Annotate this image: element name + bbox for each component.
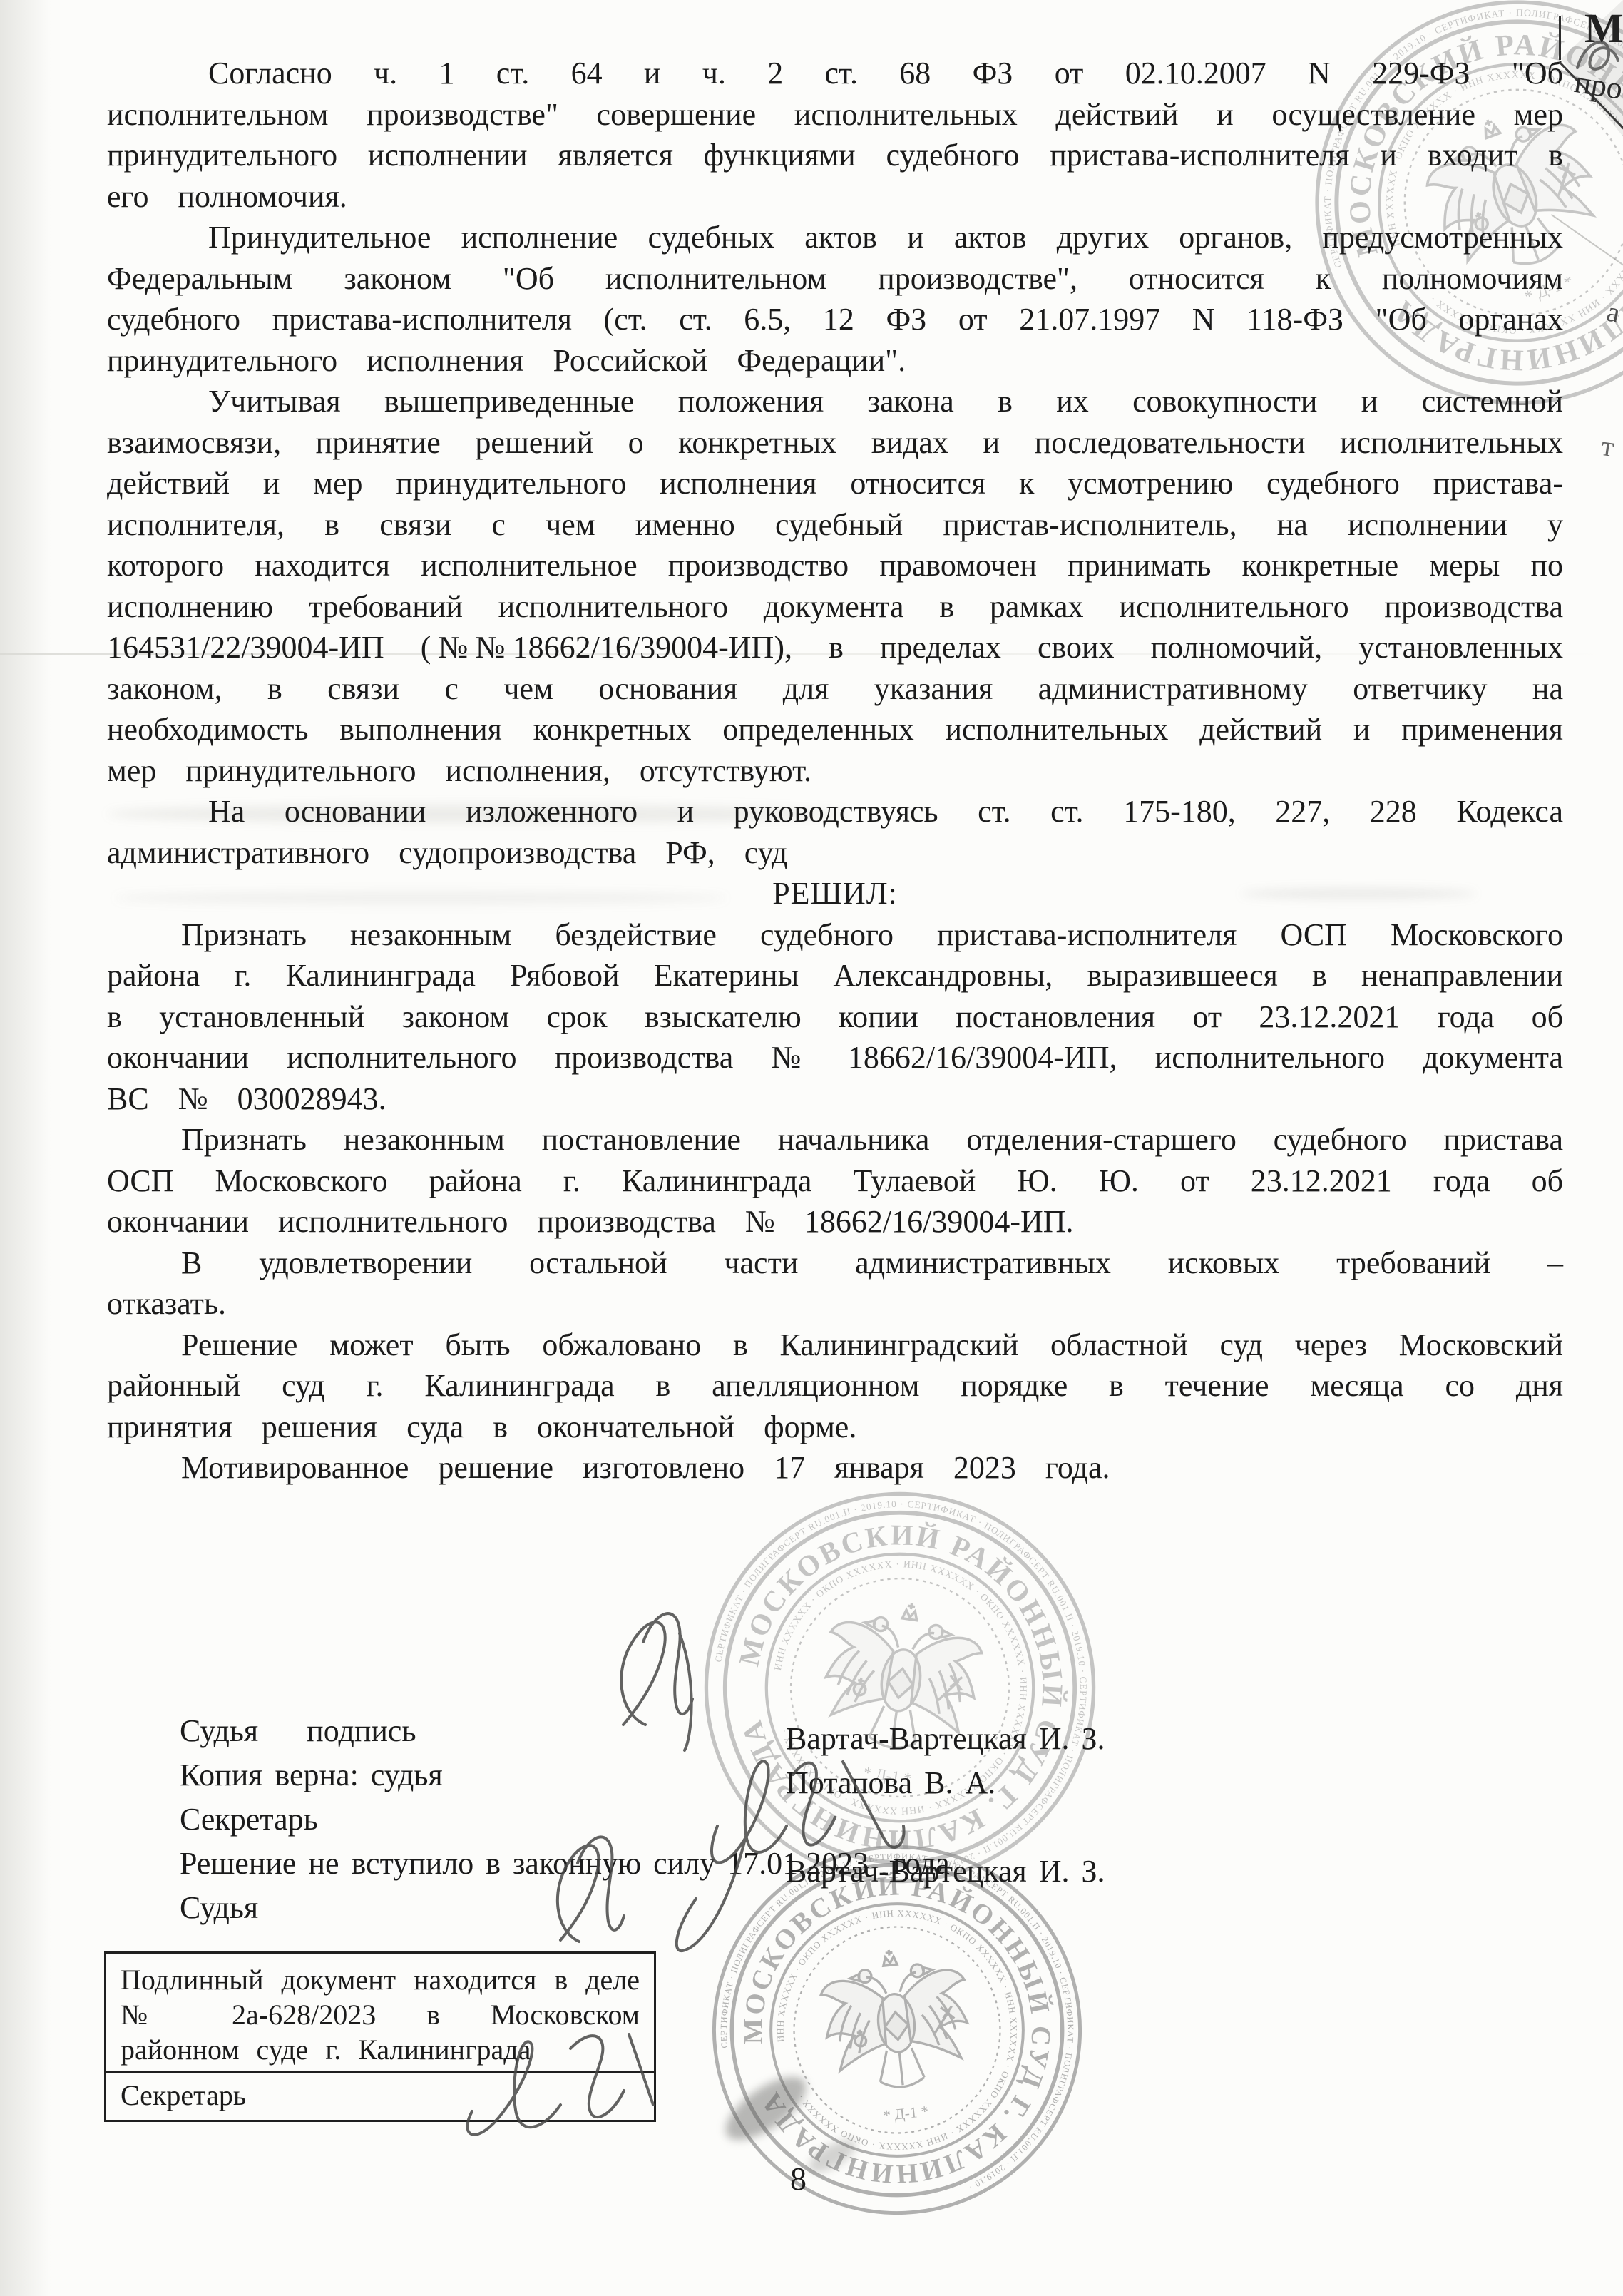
signature-row-not-in-force: Решение не вступило в законную силу 17.0… bbox=[107, 1809, 1562, 1853]
edge-text-fragment-a: а bbox=[1604, 295, 1623, 330]
page-number: 8 bbox=[790, 2160, 807, 2198]
stamp-box-text: Подлинный документ находится в деле № 2а… bbox=[106, 1954, 654, 2071]
paragraph: Признать незаконным постановление началь… bbox=[107, 1119, 1563, 1243]
signature-row-label: Судья bbox=[180, 1890, 258, 1925]
signature-row-name: Вартач-Вартецкая И. З. bbox=[786, 1853, 1105, 1889]
paragraph: Учитывая вышеприведенные положения закон… bbox=[107, 381, 1563, 791]
seal-ink-blotch bbox=[804, 2134, 860, 2179]
signature-row-copy-correct: Копия верна: судья Вартач-Вартецкая И. З… bbox=[107, 1720, 1562, 1765]
corner-text-fragment-pro: про bbox=[1572, 63, 1623, 107]
resolved-heading: РЕШИЛ: bbox=[107, 873, 1563, 914]
corner-handwritten-mark bbox=[1577, 42, 1618, 69]
signature-row-name: Потапова В. А. bbox=[786, 1765, 995, 1801]
signature-row-judge: Судья подпись bbox=[107, 1676, 1562, 1720]
paragraph: На основании изложенного и руководствуяс… bbox=[107, 791, 1563, 873]
paragraph: Решение может быть обжаловано в Калининг… bbox=[107, 1325, 1563, 1448]
corner-fold-line bbox=[1559, 61, 1623, 131]
paragraph: Признать незаконным бездействие судебног… bbox=[107, 914, 1563, 1120]
scanned-court-decision-page: СЕРТИФИКАТ · ПОЛИГРАФСЕРТ RU.001.П · 201… bbox=[0, 0, 1623, 2296]
edge-text-fragment-t: т bbox=[1599, 429, 1617, 464]
stamp-box-secretary-label: Секретарь bbox=[106, 2071, 654, 2120]
scan-edge-shadow bbox=[0, 0, 51, 2296]
paragraph: Согласно ч. 1 ст. 64 и ч. 2 ст. 68 ФЗ от… bbox=[107, 53, 1563, 217]
original-document-stamp-box: Подлинный документ находится в деле № 2а… bbox=[104, 1951, 656, 2122]
decision-section: Признать незаконным бездействие судебног… bbox=[107, 914, 1563, 1489]
corner-shading bbox=[1561, 0, 1623, 235]
seal-ink-blotch bbox=[716, 2065, 816, 2152]
document-body: Согласно ч. 1 ст. 64 и ч. 2 ст. 68 ФЗ от… bbox=[107, 53, 1563, 1489]
signature-row-name: Вартач-Вартецкая И. З. bbox=[786, 1720, 1105, 1757]
paragraph: Мотивированное решение изготовлено 17 ян… bbox=[107, 1447, 1563, 1489]
signature-row-secretary: Секретарь Потапова В. А. bbox=[107, 1765, 1562, 1809]
signature-block: Судья подпись Копия верна: судья Вартач-… bbox=[107, 1676, 1562, 1897]
paragraph: В удовлетворении остальной части админис… bbox=[107, 1243, 1563, 1325]
paragraph: Принудительное исполнение судебных актов… bbox=[107, 217, 1563, 381]
signature-row-judge-2: Судья Вартач-Вартецкая И. З. bbox=[107, 1853, 1562, 1897]
corner-text-fragment-m: М bbox=[1584, 4, 1623, 52]
